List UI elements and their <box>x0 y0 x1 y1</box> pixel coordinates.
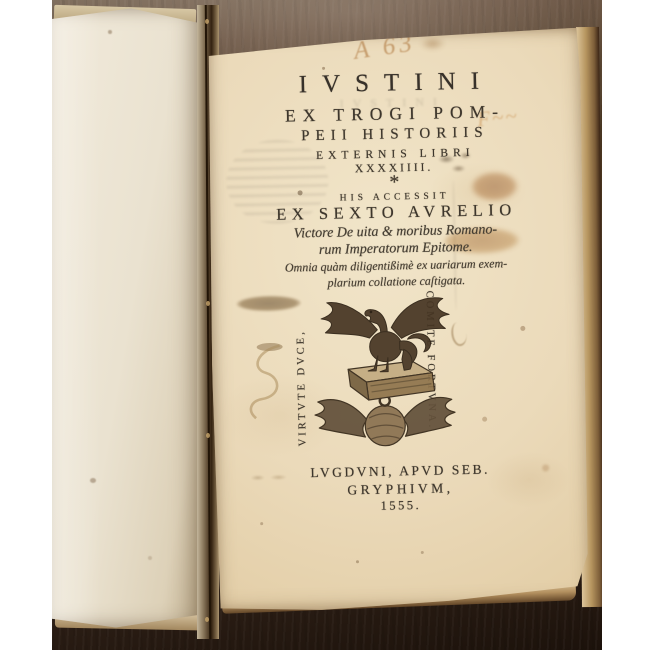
sewing-thread <box>205 617 209 622</box>
paper-speck <box>90 478 96 483</box>
sewing-thread <box>206 433 210 438</box>
sewing-thread <box>206 301 210 306</box>
book-photograph: A 63 F~~ IVSTINI IVSTINI EX TROGI POM- P… <box>52 0 602 650</box>
screenshot-canvas: A 63 F~~ IVSTINI IVSTINI EX TROGI POM- P… <box>0 0 650 650</box>
paper-speck <box>148 556 152 560</box>
left-blank-page <box>52 4 204 630</box>
title-page: A 63 F~~ IVSTINI IVSTINI EX TROGI POM- P… <box>205 28 591 613</box>
sewing-thread <box>205 19 209 24</box>
printer-device-griffin-icon <box>307 288 462 459</box>
printed-text-block: IVSTINI IVSTINI EX TROGI POM- PEII HISTO… <box>215 28 579 613</box>
paper-speck <box>108 30 112 34</box>
